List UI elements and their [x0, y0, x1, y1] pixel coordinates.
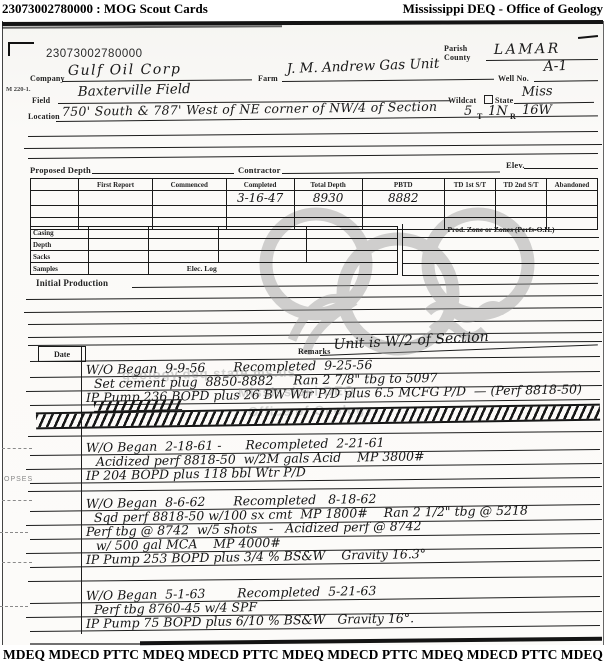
table-row: Sacks [31, 251, 398, 263]
well-no-label: Well No. [498, 74, 529, 83]
footer-token: MDEQ [3, 647, 45, 669]
completed-value: 3-16-47 [226, 191, 294, 206]
ruled-line [403, 237, 599, 238]
company-value: Gulf Oil Corp [68, 61, 182, 79]
casing-row-label: Sacks [31, 251, 89, 263]
table-row: 3-16-47 8930 8882 [31, 191, 598, 206]
footer-token: PTTC [382, 647, 418, 669]
ruled-line [403, 275, 599, 276]
casing-row-label: Casing [31, 227, 89, 239]
table-header-cell: Completed [226, 179, 294, 191]
scan-artifact [2, 448, 32, 449]
elev-label: Elev. [506, 160, 525, 170]
table-header-cell: Total Depth [294, 179, 362, 191]
total-depth-value: 8930 [294, 191, 362, 206]
footer-token: MDECD [48, 647, 99, 669]
table-row: Depth [31, 239, 398, 251]
header-right-text: Mississippi DEQ - Office of Geology [403, 1, 603, 17]
footer-token: MDEQ [142, 647, 184, 669]
prod-zone-label: Prod. Zone or Zones (Perfs-O.H.) [403, 224, 599, 234]
table-row [31, 206, 598, 218]
table-header-cell: TD 2nd S/T [495, 179, 546, 191]
form-number: M 220-1. [6, 86, 31, 93]
parish-label: Parish [444, 44, 467, 53]
wildcat-checkbox [484, 95, 493, 104]
location-label: Location [28, 112, 60, 121]
page-footer: MDEQ MDECD PTTC MDEQ MDECD PTTC MDEQ MDE… [0, 647, 606, 669]
scan-artifact [30, 643, 150, 645]
ruled-line [403, 263, 599, 264]
county-label: County [444, 53, 471, 62]
footer-token: PTTC [103, 647, 139, 669]
company-label: Company [30, 74, 65, 83]
table-header-cell: PBTD [362, 179, 444, 191]
pbtd-value: 8882 [362, 191, 444, 206]
margin-label: OPSES [4, 476, 33, 483]
table-header-cell: First Report [79, 179, 153, 191]
casing-row-label: Samples [31, 263, 89, 275]
header-left-text: 23073002780000 : MOG Scout Cards [2, 1, 208, 17]
date-label: Date [54, 350, 70, 359]
ruled-line [92, 173, 234, 174]
footer-token: MDEQ [421, 647, 463, 669]
footer-token: MDECD [327, 647, 378, 669]
footer-token: PTTC [242, 647, 278, 669]
page: 23073002780000 : MOG Scout Cards Mississ… [0, 0, 606, 670]
parish-county-value: LAMAR [494, 41, 561, 58]
casing-table: Casing Depth Sacks Samples Elec. Log [30, 226, 398, 275]
footer-token: MDECD [188, 647, 239, 669]
prod-zone-box: Prod. Zone or Zones (Perfs-O.H.) [402, 224, 599, 276]
table-header-row: First Report Commenced Completed Total D… [31, 179, 598, 191]
date-column-divider [81, 346, 82, 634]
table-row: Samples Elec. Log [31, 263, 398, 275]
contractor-label: Contractor [238, 165, 281, 175]
field-label: Field [32, 96, 50, 105]
well-no-value: A-1 [543, 58, 568, 75]
proposed-depth-label: Proposed Depth [30, 165, 91, 175]
scan-artifact [0, 532, 28, 533]
date-box: Date [38, 346, 86, 362]
scan-artifact [2, 562, 32, 563]
ruled-line [524, 168, 598, 169]
table-row: Casing [31, 227, 398, 239]
casing-row-label: Depth [31, 239, 89, 251]
scan-artifact [2, 500, 32, 501]
table-header-cell: TD 1st S/T [444, 179, 495, 191]
scan-artifact [0, 606, 28, 607]
ruled-line [403, 250, 599, 251]
remarks-label: Remarks [298, 347, 331, 356]
drill-dates-table: First Report Commenced Completed Total D… [30, 178, 598, 230]
corner-bracket-mark [8, 42, 34, 56]
elec-log-label: Elec. Log [148, 263, 397, 275]
state-value: Miss [521, 84, 552, 100]
table-header-cell: Abandoned [546, 179, 597, 191]
footer-token: MDEQ [282, 647, 324, 669]
section-value: 5 [464, 104, 472, 119]
field-value: Baxterville Field [78, 81, 191, 100]
range-value: 16W [522, 103, 552, 118]
table-header-cell: Commenced [152, 179, 226, 191]
api-number: 23073002780000 [46, 48, 143, 60]
township-value: 1N [488, 104, 508, 119]
footer-token: MDEQ [561, 647, 603, 669]
initial-production-label: Initial Production [36, 278, 108, 288]
footer-token: PTTC [521, 647, 557, 669]
footer-token: MDECD [467, 647, 518, 669]
farm-label: Farm [258, 74, 278, 83]
table-header-cell [31, 179, 79, 191]
